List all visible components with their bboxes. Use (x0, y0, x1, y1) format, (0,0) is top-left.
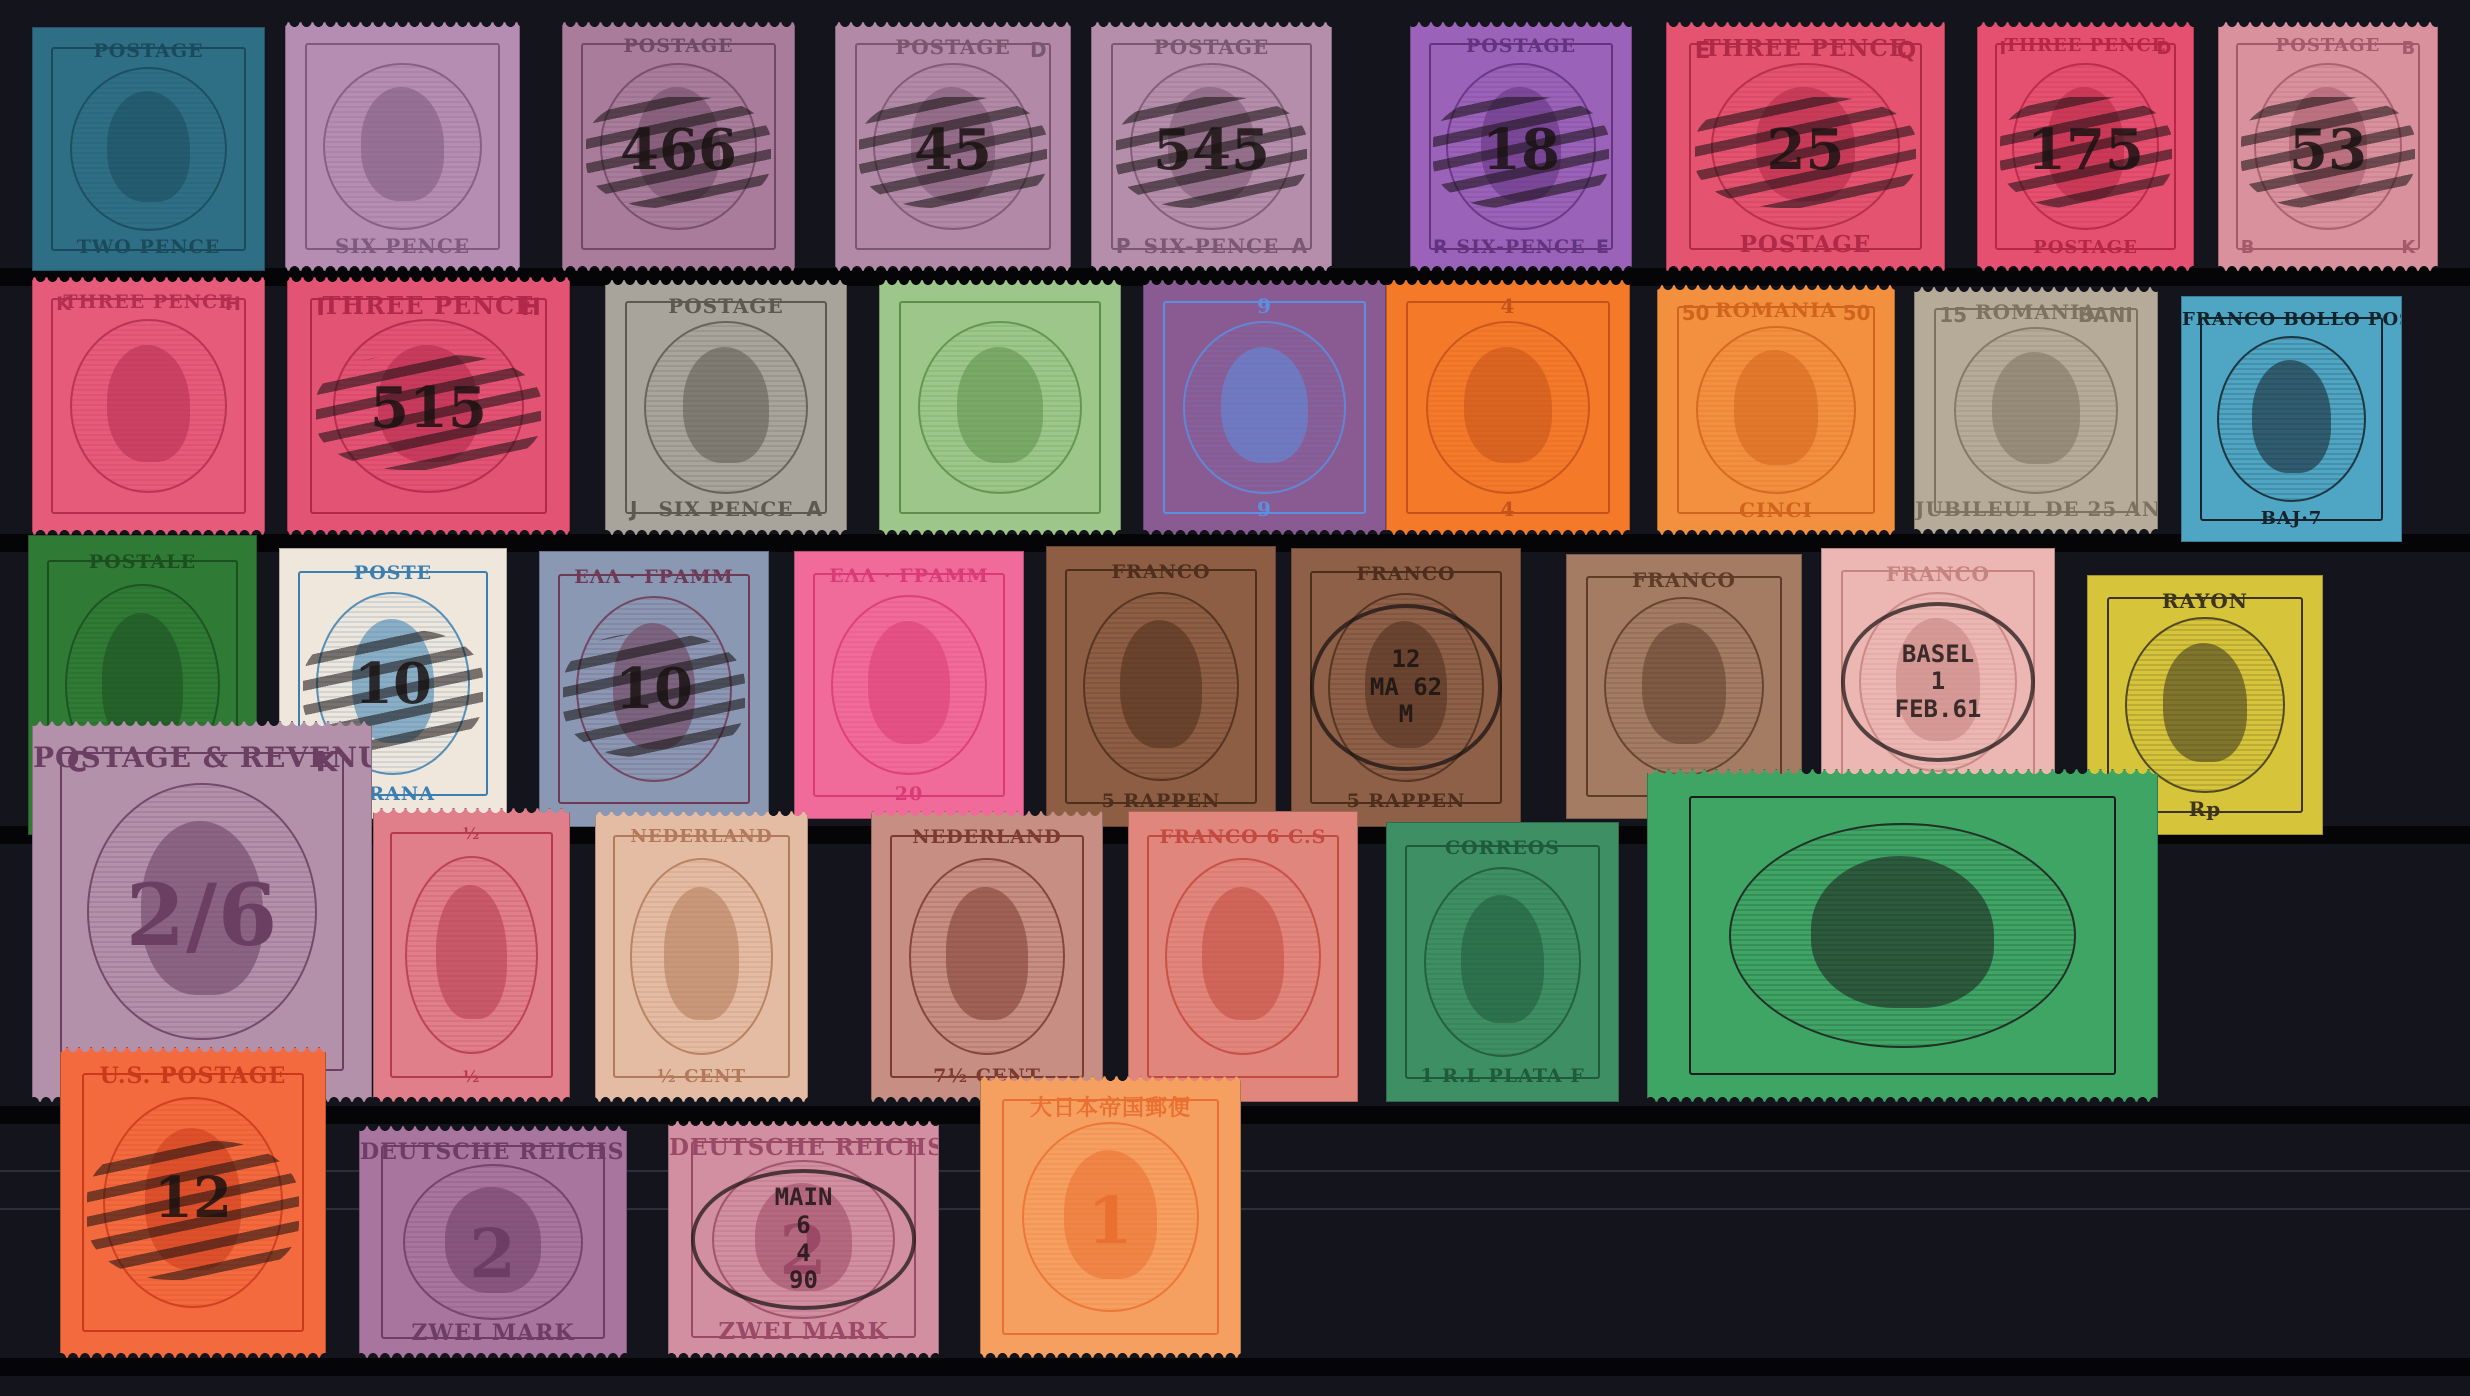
stamp-corner-letter: E (1695, 38, 1711, 64)
circular-postmark: BASEL1FEB.61 (1841, 602, 2036, 762)
cancel-number: 175 (1978, 117, 2193, 183)
stamp-gb-3d-red-515: THREE PENCEIH515 (287, 277, 570, 535)
stamp-bottom-inscription: SIX PENCE (286, 234, 519, 258)
stamp-spain-correos-green: CORREOS1 R.L PLATA F (1386, 822, 1619, 1102)
stamp-bottom-inscription: TWO PENCE (33, 236, 264, 258)
stamp-nederland-7half-cent: NEDERLAND7½ CENT (871, 811, 1103, 1102)
cancel-number: 53 (2219, 117, 2437, 183)
stamp-romania-15-jubilee: ROMANIAJUBILEUL DE 25 ANI15BANI (1914, 287, 2158, 534)
portrait-icon (664, 887, 740, 1020)
cancel-number: 10 (280, 651, 506, 717)
stamp-gb-half-d-red: ½½ (373, 808, 570, 1102)
portrait-icon (1811, 856, 1994, 1008)
stamp-greece-hermes-pink: ΕΛΛ · ΓΡΑΜΜ20 (794, 551, 1024, 819)
portrait-icon (2163, 643, 2247, 762)
stamp-germany-2mark-purple: DEUTSCHE REICHS-POSTZWEI MARK2 (359, 1126, 627, 1358)
stamp-corner-letter: B (2241, 237, 2255, 258)
stamp-top-inscription: 4 (1387, 294, 1629, 318)
stamp-corner-letter: C (67, 745, 88, 778)
stamp-corner-letter: H (225, 293, 241, 315)
portrait-icon (2252, 360, 2331, 472)
postmark-text: 6 (796, 1212, 810, 1240)
cancel-number: 12 (61, 1165, 325, 1231)
stamp-corner-letter: A (807, 497, 822, 521)
stock-strip (0, 1358, 2470, 1376)
stamp-gb-3d-red-25: THREE PENCEPOSTAGEEQ25 (1666, 22, 1945, 271)
stamp-bottom-inscription: JUBILEUL DE 25 ANI (1915, 497, 2157, 521)
stamp-gb-3d-red-kh: THREE PENCEKH (32, 277, 265, 535)
stamp-gb-9d-edward: 99 (1143, 280, 1386, 535)
cancel-number: 45 (836, 117, 1070, 183)
stamp-top-inscription: ½ (374, 824, 569, 843)
cancel-number: 25 (1667, 117, 1944, 183)
portrait-icon (1992, 352, 2079, 465)
stamp-corner-letter: 50 (1843, 301, 1871, 325)
stamp-top-inscription: POSTAGE (606, 294, 846, 318)
stamp-papal-baj7: FRANCO BOLLO POSTALEBAJ·7 (2181, 296, 2402, 542)
stamp-corner-letter: H (521, 293, 541, 321)
stamp-top-inscription: 9 (1144, 294, 1385, 318)
portrait-icon (1461, 895, 1544, 1023)
stamp-bottom-inscription: POSTAGE (1667, 231, 1944, 258)
stamp-gb-6d-purple-18: POSTAGESIX-PENCERE18 (1410, 22, 1632, 271)
stamp-bottom-inscription: 1 R.L PLATA F (1387, 1065, 1618, 1087)
cancel-number: 515 (288, 375, 569, 441)
stamp-bottom-inscription: 4 (1387, 497, 1629, 521)
stamp-corner-letter: K (316, 745, 338, 778)
stamp-gb-3d-red-175: THREE PENCEPOSTAGEID175 (1977, 22, 2194, 271)
stamp-bottom-inscription: POSTAGE (1978, 237, 2193, 258)
stamp-top-inscription: 大日本帝国郵便 (981, 1091, 1240, 1122)
stamp-bottom-inscription: ½ CENT (596, 1066, 807, 1087)
stamp-bottom-inscription: 5 RAPPEN (1292, 790, 1520, 812)
stamp-top-inscription: CORREOS (1387, 837, 1618, 859)
portrait-icon (1464, 347, 1551, 463)
stamp-top-inscription: FRANCO 6 C.S (1129, 826, 1357, 848)
stamp-bottom-inscription: 20 (795, 783, 1023, 805)
stamp-greece-hermes-lilac: ΕΛΛ · ΓΡΑΜΜ10 (539, 551, 769, 827)
stamp-corner-letter: 15 (1939, 303, 1967, 327)
stamp-value: 2 (360, 1214, 626, 1293)
stamp-gb-3d-pink-53: POSTAGEBBK53 (2218, 22, 2438, 271)
stamp-gb-2s6d: POSTAGE & REVENUECK2/6 (32, 721, 372, 1102)
stamp-gb-4d-orange-edward: 44 (1386, 280, 1630, 535)
circular-postmark: MAIN6490 (691, 1169, 917, 1310)
stamp-corner-letter: A (1292, 234, 1307, 258)
portrait-icon (1202, 887, 1284, 1020)
stamp-spain-franco-red: FRANCO 6 C.S (1128, 811, 1358, 1102)
portrait-icon (1221, 347, 1308, 463)
stamp-bottom-inscription: 9 (1144, 497, 1385, 521)
stamp-corner-letter: 50 (1682, 301, 1710, 325)
stamp-corner-letter: E (1596, 236, 1609, 258)
circular-postmark: 12MA 62M (1310, 604, 1502, 770)
stamp-top-inscription: FRANCO (1047, 561, 1275, 583)
stamp-top-inscription: FRANCO (1292, 563, 1520, 585)
postmark-text: 4 (796, 1240, 810, 1268)
stamp-gb-6d-545: POSTAGESIX-PENCEPA545 (1091, 22, 1332, 271)
stamp-bottom-inscription: ½ (374, 1067, 569, 1086)
stamp-bottom-inscription: CINCI (1658, 498, 1894, 522)
stamp-corner-letter: I (316, 293, 325, 321)
stamp-bottom-inscription: BAJ·7 (2182, 508, 2401, 529)
stamp-top-inscription: POSTAGE (563, 35, 794, 57)
stamp-nederland-half-cent: NEDERLAND½ CENT (595, 811, 808, 1102)
stamp-corner-letter: I (2000, 38, 2007, 59)
stamp-top-inscription: POSTE (280, 562, 506, 584)
stamp-corner-letter: B (2401, 38, 2415, 59)
stamp-corner-letter: Q (1897, 38, 1917, 64)
portrait-icon (361, 87, 445, 201)
stamp-top-inscription: POSTAGE (1411, 35, 1631, 57)
stamp-germany-2mark-pink: DEUTSCHE REICHS-POSTZWEI MARK2MAIN6490 (668, 1121, 939, 1358)
stamp-top-inscription: NEDERLAND (872, 826, 1102, 848)
cancel-number: 18 (1411, 117, 1631, 183)
cancel-number: 10 (540, 656, 768, 722)
stamp-romania-50: ROMANIACINCI5050 (1657, 285, 1895, 535)
stamp-swiss-5rp-2: FRANCO5 RAPPEN12MA 62M (1291, 548, 1521, 827)
portrait-icon (107, 91, 190, 202)
postmark-text: 1 (1931, 668, 1945, 696)
postmark-text: M (1399, 701, 1413, 729)
cancel-number: 545 (1092, 117, 1331, 183)
stamp-top-inscription: FRANCO BOLLO POSTALE (2182, 309, 2401, 330)
stamp-gb-6d-45: POSTAGED45 (835, 22, 1071, 271)
postmark-text: BASEL (1902, 641, 1974, 669)
stamp-top-inscription: POSTALE (29, 551, 256, 573)
stamp-corner-letter: D (1030, 38, 1047, 62)
postmark-text: 12 (1392, 646, 1421, 674)
stamp-bottom-inscription: ZWEI MARK (669, 1318, 938, 1345)
stamp-swiss-5rp-1: FRANCO5 RAPPEN (1046, 546, 1276, 827)
stamp-corner-letter: K (2401, 237, 2415, 258)
portrait-icon (1642, 623, 1726, 744)
portrait-icon (683, 347, 769, 463)
stamp-top-inscription: NEDERLAND (596, 826, 807, 847)
stamp-top-inscription: DEUTSCHE REICHS-POST (669, 1134, 938, 1161)
cancel-number: 466 (563, 117, 794, 183)
portrait-icon (868, 621, 950, 743)
portrait-icon (436, 885, 506, 1019)
postmark-text: FEB.61 (1895, 696, 1982, 724)
postmark-text: MA 62 (1370, 674, 1442, 702)
stamp-us-orange: U.S. POSTAGE12 (60, 1047, 326, 1358)
stamp-gb-green (879, 280, 1121, 535)
stamp-top-inscription: POSTAGE (33, 40, 264, 62)
stamp-bottom-inscription: 5 RAPPEN (1047, 790, 1275, 812)
stamp-top-inscription: ΕΛΛ · ΓΡΑΜΜ (540, 566, 768, 588)
stamp-top-inscription: FRANCO (1822, 562, 2054, 586)
stamp-gb-6d-lilac-1: SIX PENCE (285, 22, 520, 271)
stamp-gb-6d-lilac-466: POSTAGE466 (562, 22, 795, 271)
stamp-corner-letter: K (56, 293, 71, 315)
stamp-gb-6d-grey: POSTAGESIX PENCEJA (605, 280, 847, 535)
stamp-bottom-inscription: ZWEI MARK (360, 1320, 626, 1346)
stamp-top-inscription: ΕΛΛ · ΓΡΑΜΜ (795, 565, 1023, 587)
stamp-top-inscription: POSTAGE (1092, 35, 1331, 59)
stamp-corner-letter: BANI (2078, 303, 2133, 327)
stamp-gb-2d-blue: POSTAGETWO PENCE (32, 27, 265, 271)
postmark-text: 90 (789, 1267, 818, 1295)
stamp-japan-1sn: 大日本帝国郵便1 (980, 1076, 1241, 1358)
stamp-top-inscription: RAYON (2088, 589, 2322, 613)
stamp-corner-letter: J (630, 497, 637, 521)
portrait-icon (946, 887, 1029, 1020)
stamp-corner-letter: D (2157, 38, 2172, 59)
stamp-corner-letter: P (1116, 234, 1131, 258)
stamp-ottoman-sultan (1647, 769, 2158, 1102)
stamp-top-inscription: FRANCO (1567, 568, 1801, 592)
postmark-text: MAIN (775, 1184, 833, 1212)
stamp-value: 1 (981, 1183, 1240, 1259)
portrait-icon (1734, 350, 1819, 464)
stamp-corner-letter: R (1433, 236, 1448, 258)
stamp-top-inscription: U.S. POSTAGE (61, 1063, 325, 1089)
stamp-value: 2/6 (33, 866, 371, 966)
portrait-icon (957, 347, 1043, 463)
stamp-top-inscription: DEUTSCHE REICHS-POST (360, 1139, 626, 1165)
